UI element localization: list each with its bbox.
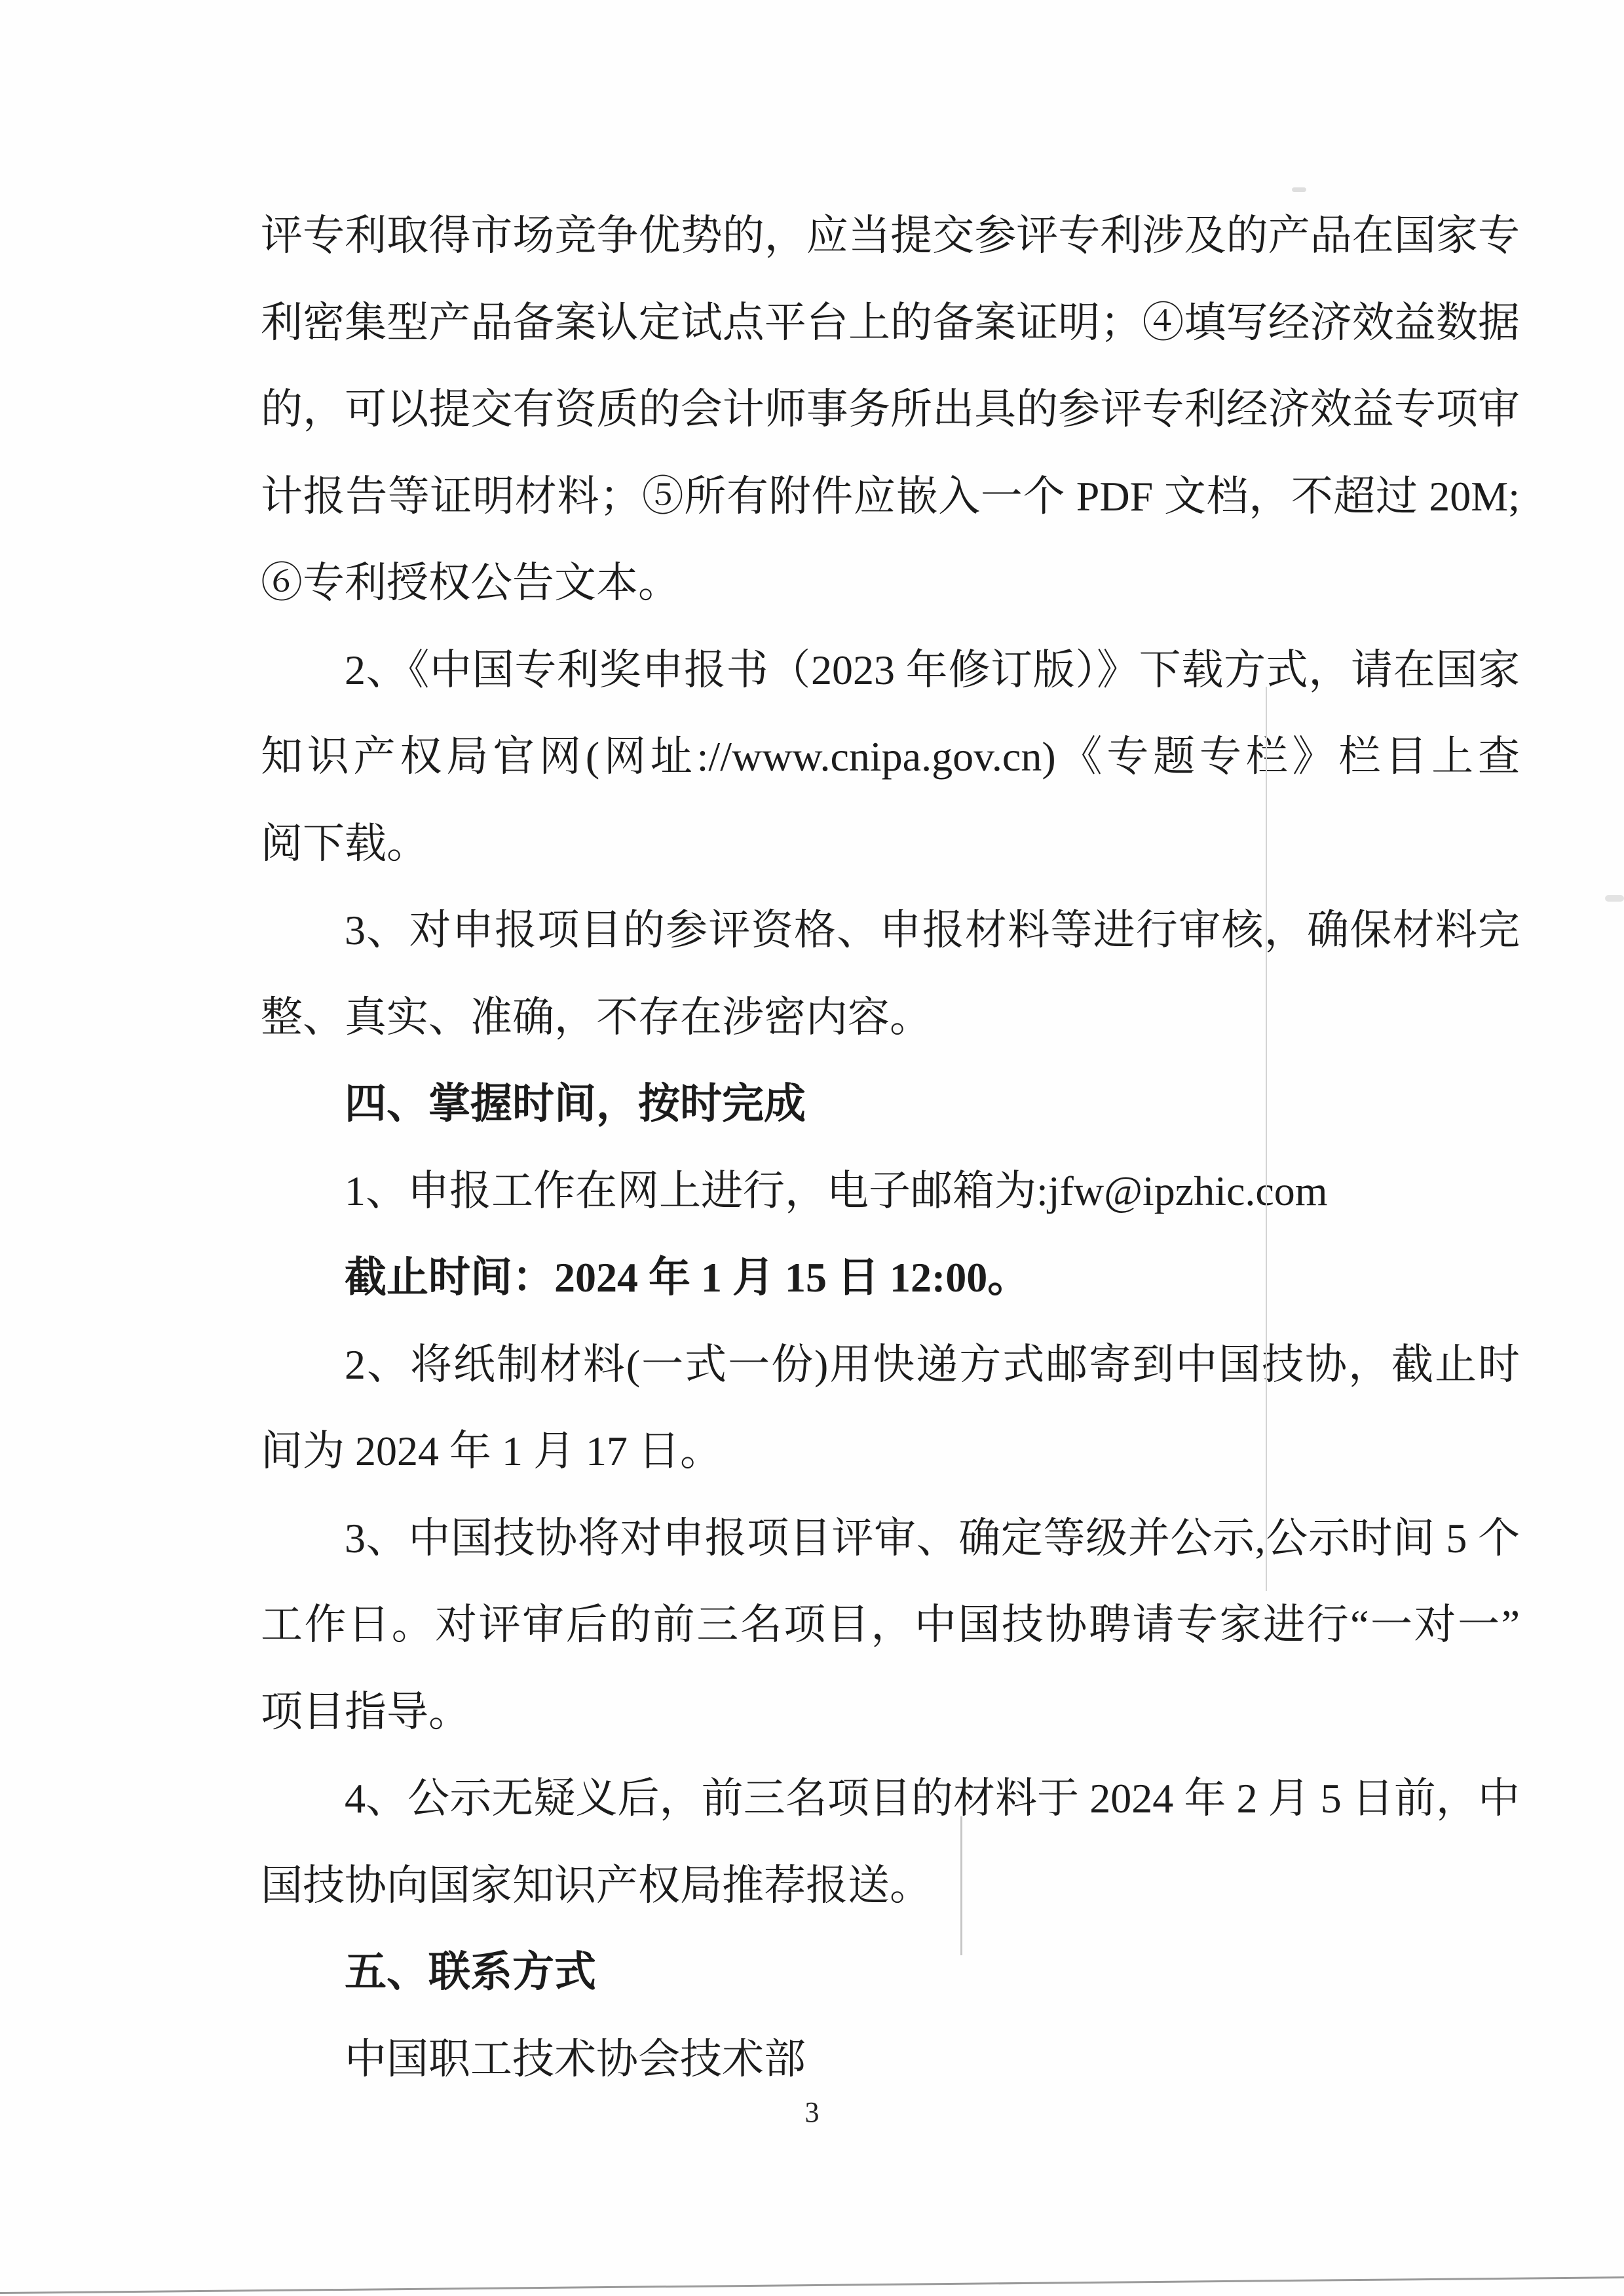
text-line: 阅下载。 — [261, 801, 1520, 888]
text-line: 评专利取得市场竞争优势的，应当提交参评专利涉及的产品在国家专 — [261, 193, 1520, 280]
text-line: ⑥专利授权公告文本。 — [261, 540, 1520, 627]
text-line: 计报告等证明材料；⑤所有附件应嵌入一个 PDF 文档，不超过 20M; — [261, 453, 1520, 541]
text-line: 利密集型产品备案认定试点平台上的备案证明；④填写经济效益数据 — [261, 280, 1520, 367]
text-line: 项目指导。 — [261, 1669, 1520, 1756]
text-line: 截止时间：2024 年 1 月 15 日 12:00。 — [261, 1234, 1520, 1322]
text-line: 工作日。对评审后的前三名项目，中国技协聘请专家进行“一对一” — [261, 1582, 1520, 1669]
text-line: 间为 2024 年 1 月 17 日。 — [261, 1408, 1520, 1495]
text-line: 的，可以提交有资质的会计师事务所出具的参评专利经济效益专项审 — [261, 366, 1520, 453]
scan-streak-vertical-center — [960, 1816, 962, 1955]
text-line: 2、《中国专利奖申报书（2023 年修订版）》下载方式，请在国家 — [261, 627, 1520, 714]
text-line: 四、掌握时间，按时完成 — [261, 1061, 1520, 1148]
text-line: 国技协向国家知识产权局推荐报送。 — [261, 1843, 1520, 1930]
text-line: 五、联系方式 — [261, 1929, 1520, 2016]
document-body: 评专利取得市场竞争优势的，应当提交参评专利涉及的产品在国家专利密集型产品备案认定… — [261, 193, 1520, 2103]
scan-smudge-top-right — [1292, 187, 1306, 192]
text-line: 中国职工技术协会技术部 — [261, 2016, 1520, 2103]
scan-smudge-right-edge — [1605, 895, 1624, 902]
page-number: 3 — [0, 2098, 1624, 2127]
text-line: 1、申报工作在网上进行，电子邮箱为:jfw@ipzhic.com — [261, 1148, 1520, 1235]
scan-page-bottom-edge-line — [0, 2276, 1624, 2294]
text-line: 知识产权局官网(网址://www.cnipa.gov.cn)《专题专栏》栏目上查 — [261, 714, 1520, 801]
text-line: 4、公示无疑义后，前三名项目的材料于 2024 年 2 月 5 日前，中 — [261, 1755, 1520, 1843]
scan-streak-vertical-right — [1266, 687, 1267, 1591]
text-line: 3、中国技协将对申报项目评审、确定等级并公示,公示时间 5 个 — [261, 1495, 1520, 1582]
text-line: 2、将纸制材料(一式一份)用快递方式邮寄到中国技协，截止时 — [261, 1322, 1520, 1409]
text-line: 3、对申报项目的参评资格、申报材料等进行审核，确保材料完 — [261, 887, 1520, 974]
scanned-document-page: 评专利取得市场竞争优势的，应当提交参评专利涉及的产品在国家专利密集型产品备案认定… — [0, 0, 1624, 2296]
text-line: 整、真实、准确，不存在涉密内容。 — [261, 974, 1520, 1062]
